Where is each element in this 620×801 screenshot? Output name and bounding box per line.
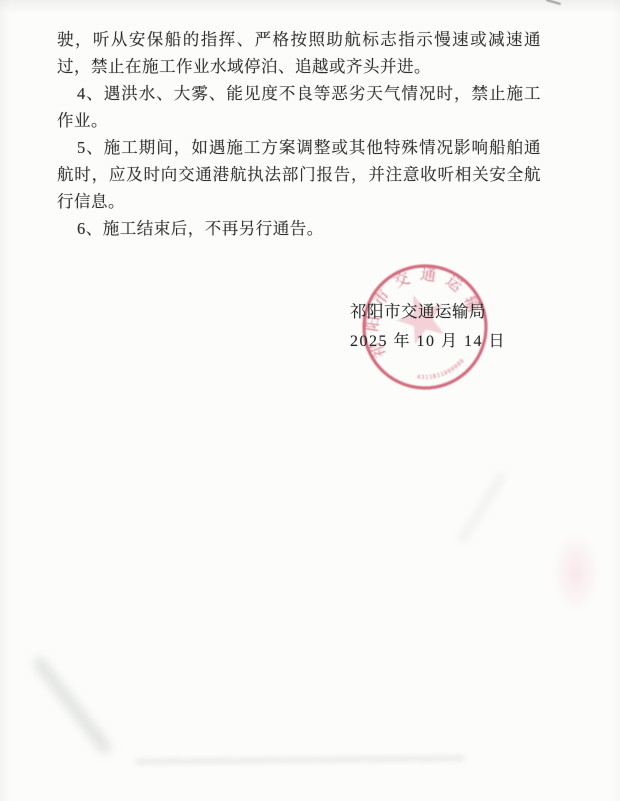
scan-artifact-pink-smudge <box>552 533 600 613</box>
signature-block: 祁阳市交通运输局 2025 年 10 月 14 日 <box>350 297 506 357</box>
body-paragraph-item-5: 5、施工期间，如遇施工方案调整或其他特殊情况影响船舶通航时，应及时向交通港航执法… <box>57 134 541 215</box>
body-paragraph-item-4: 4、遇洪水、大雾、能见度不良等恶劣天气情况时，禁止施工作业。 <box>57 80 541 134</box>
scan-artifact-bottom-left <box>32 656 113 755</box>
body-paragraph-item-6: 6、施工结束后，不再另行通告。 <box>57 215 541 242</box>
agency-name: 祁阳市交通运输局 <box>350 297 506 327</box>
scan-artifact-streak <box>135 755 465 764</box>
notice-body: 驶，听从安保船的指挥、严格按照助航标志指示慢速或减速通过，禁止在施工作业水域停泊… <box>57 26 541 242</box>
signature-date: 2025 年 10 月 14 日 <box>350 327 506 357</box>
document-page: 驶，听从安保船的指挥、严格按照助航标志指示慢速或减速通过，禁止在施工作业水域停泊… <box>0 0 620 801</box>
body-paragraph: 驶，听从安保船的指挥、严格按照助航标志指示慢速或减速通过，禁止在施工作业水域停泊… <box>57 26 541 80</box>
scan-artifact-top-right <box>546 0 561 5</box>
seal-code: 4311811000000 <box>415 357 469 387</box>
scan-artifact-right <box>457 472 506 544</box>
